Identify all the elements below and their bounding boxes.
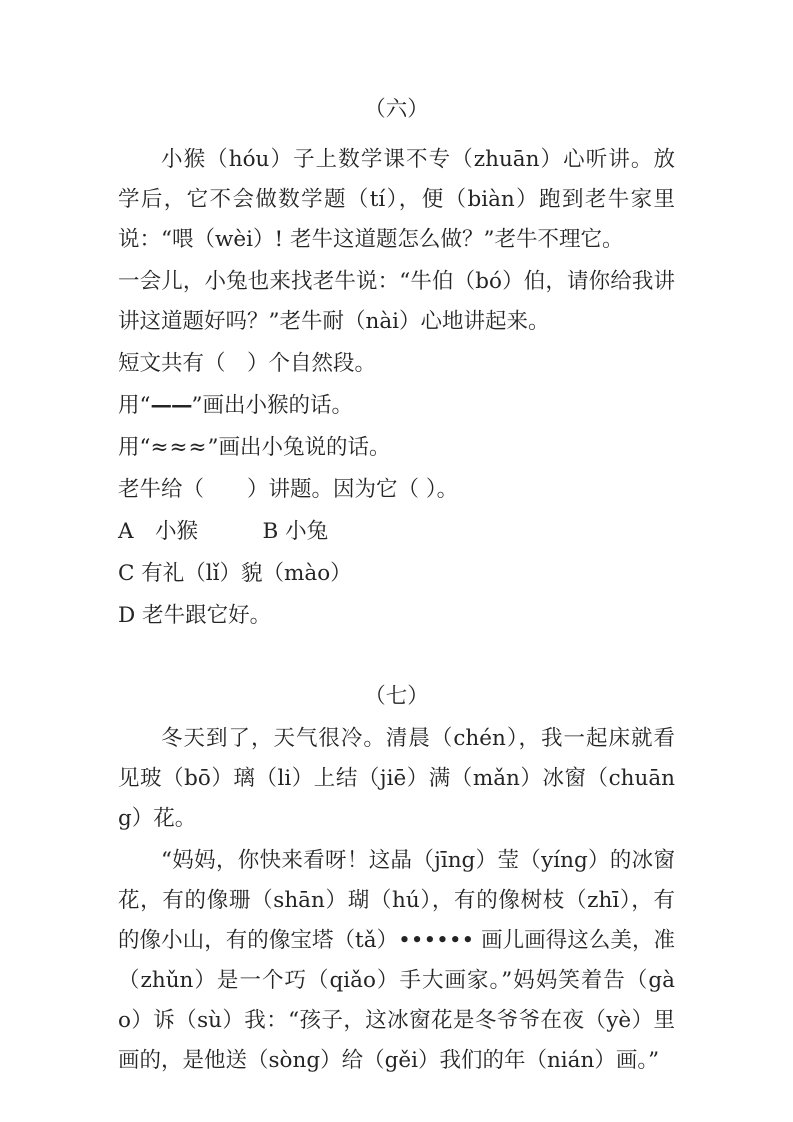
document-page: （六） 小猴（hóu）子上数学课不专（zhuān）心听讲。放学后，它不会做数学题… — [0, 0, 793, 1122]
section-seven-paragraph-1: 冬天到了，天气很冷。清晨（chén），我一起床就看见玻（bō）璃（li）上结（j… — [118, 719, 675, 839]
document-content: （六） 小猴（hóu）子上数学课不专（zhuān）心听讲。放学后，它不会做数学题… — [0, 0, 793, 1081]
option-a-b: A 小猴 B 小兔 — [118, 512, 675, 552]
wavy-marker-symbol: ≈≈≈ — [151, 435, 208, 460]
question-paragraph-count: 短文共有（ ）个自然段。 — [118, 344, 675, 384]
question-wavy-suffix: ”画出小兔说的话。 — [208, 435, 391, 460]
question-wavy-rabbit: 用“≈≈≈”画出小兔说的话。 — [118, 428, 675, 468]
section-six: （六） 小猴（hóu）子上数学课不专（zhuān）心听讲。放学后，它不会做数学题… — [118, 90, 675, 636]
section-seven-title: （七） — [118, 677, 675, 717]
section-six-title: （六） — [118, 90, 675, 130]
section-seven: （七） 冬天到了，天气很冷。清晨（chén），我一起床就看见玻（bō）璃（li）… — [118, 677, 675, 1081]
underline-marker-symbol: —— — [151, 393, 192, 418]
question-underline-suffix: ”画出小猴的话。 — [192, 393, 354, 418]
question-multiple-choice: 老牛给（ ）讲题。因为它（ ）。 — [118, 470, 675, 510]
option-d: D 老牛跟它好。 — [118, 596, 675, 636]
question-underline-prefix: 用“ — [118, 393, 151, 418]
option-c: C 有礼（lǐ）貌（mào） — [118, 554, 675, 594]
section-seven-paragraph-2: “妈妈，你快来看呀！这晶（jīng）莹（yíng）的冰窗花，有的像珊（shān）… — [118, 841, 675, 1081]
question-wavy-prefix: 用“ — [118, 435, 151, 460]
section-six-paragraph-1: 小猴（hóu）子上数学课不专（zhuān）心听讲。放学后，它不会做数学题（tí）… — [118, 140, 675, 260]
section-six-paragraph-2: 一会儿，小兔也来找老牛说：“牛伯（bó）伯，请你给我讲讲这道题好吗？”老牛耐（n… — [118, 262, 675, 342]
question-underline-monkey: 用“——”画出小猴的话。 — [118, 386, 675, 426]
